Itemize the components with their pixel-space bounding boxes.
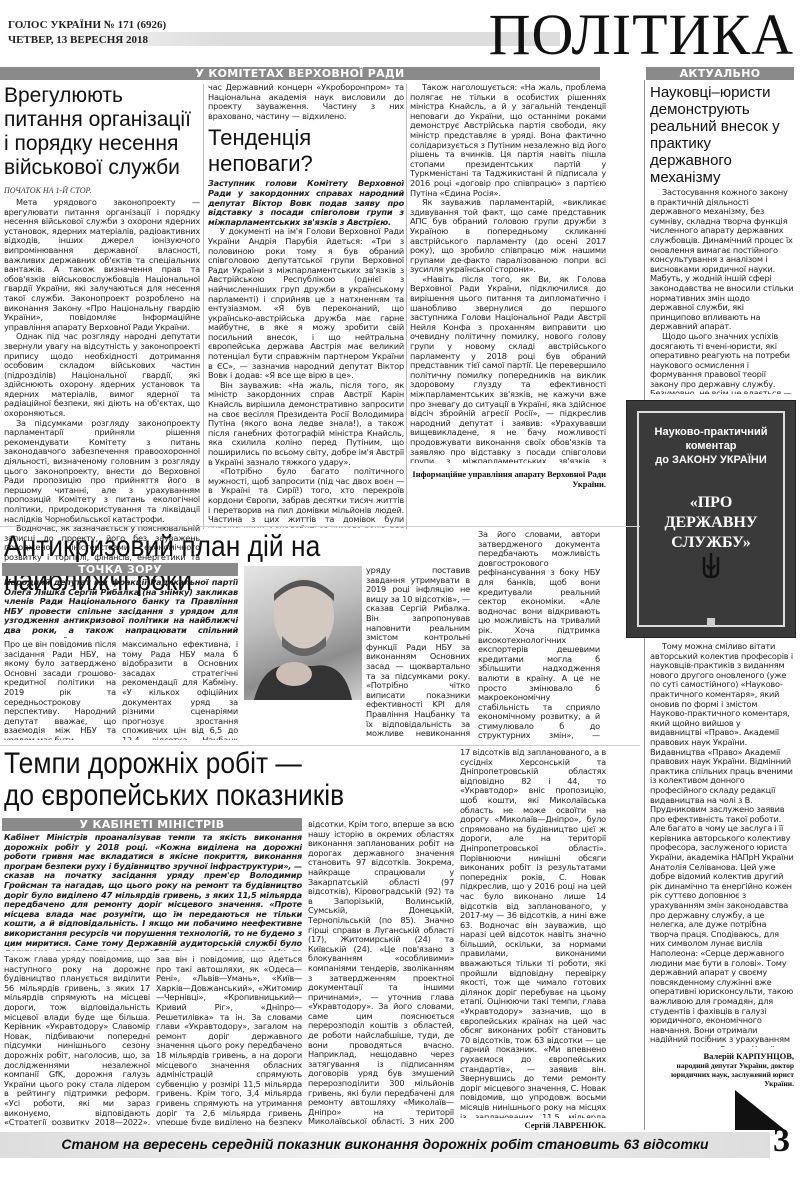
- article-body-col2: максимально ефективна, і тому Рада НБУ м…: [122, 640, 238, 740]
- column-divider: [203, 84, 204, 529]
- article-body: У документі на ім'я Голови Верховної Рад…: [208, 227, 404, 528]
- article-body-col1: Також глава уряду повідомив, що наступно…: [4, 955, 150, 1125]
- publisher-logo-icon: [627, 613, 795, 631]
- article-signature: Інформаційне управління апарату Верховно…: [410, 469, 606, 489]
- article1-continuation: час Державний концерн «Укроборонпром» та…: [208, 83, 404, 121]
- article-body: Мета урядового законопроекту — врегулюва…: [4, 198, 200, 563]
- article-body-col4: 17 відсотків від запланованого, а в сусі…: [460, 748, 606, 1118]
- article-headline: Тенденція неповаги?: [208, 125, 404, 177]
- issue-number: ГОЛОС УКРАЇНИ № 171 (6926): [8, 18, 166, 33]
- section-bar-cabinet: У КАБІНЕТІ МІНІСТРІВ: [2, 818, 302, 831]
- article-lead: Народний депутат від фракції Радикальної…: [4, 578, 238, 638]
- section-bar-actual: АКТУАЛЬНО: [646, 67, 794, 80]
- article-body-col3: уряду поставив завдання утримувати в 201…: [366, 566, 470, 741]
- sidebar-article-continued: Тому можна сміливо вітати авторський кол…: [650, 642, 794, 1088]
- continued-from-label: ПОЧАТОК НА 1-Й СТОР.: [4, 186, 200, 195]
- article-body-col4: За його словами, автори затвердженого до…: [478, 530, 600, 740]
- book-title: «ПРО ДЕРЖАВНУ СЛУЖБУ»: [627, 493, 795, 553]
- issue-date: ЧЕТВЕР, 13 ВЕРЕСНЯ 2018: [8, 33, 166, 48]
- article-disrespect-col2: час Державний концерн «Укроборонпром» та…: [208, 83, 404, 528]
- article-headline: Темпи дорожніх робіт — до європейських п…: [4, 748, 356, 812]
- portrait-silhouette-icon: [244, 566, 362, 700]
- footer-tagline: Станом на вересень середній показник вик…: [0, 1136, 770, 1152]
- article-body-col2: зав він і повідомив, що йдеться про такі…: [156, 955, 302, 1125]
- article-military-service: Врегулюють питання організації і порядку…: [4, 84, 200, 563]
- book-cover-image: Науково-практичний коментар до ЗАКОНУ УК…: [626, 400, 796, 638]
- article-body: Також наголошується: «На жаль, проблема …: [410, 83, 606, 463]
- article-lead: Заступник голови Комітету Верховної Ради…: [208, 179, 404, 227]
- book-subtitle: Науково-практичний коментар до ЗАКОНУ УК…: [627, 425, 795, 467]
- section-divider: [0, 526, 640, 527]
- column-divider: [406, 84, 407, 529]
- section-title: ПОЛІТИКА: [489, 6, 794, 64]
- article-lead: Кабінет Міністрів проаналізував темпи та…: [4, 833, 302, 951]
- article-disrespect-col3: Також наголошується: «На жаль, проблема …: [410, 83, 606, 489]
- page-number: 3: [773, 1122, 790, 1160]
- sidebar-body: Тому можна сміливо вітати авторський кол…: [650, 642, 794, 1047]
- portrait-photo: [244, 566, 362, 700]
- sidebar-signature-name: Валерій КАРПУНЦОВ,: [650, 1051, 794, 1061]
- sidebar-headline: Науковці–юристи демонструють реальний вн…: [650, 84, 794, 186]
- section-bar-viewpoint: ТОЧКА ЗОРУ: [2, 563, 238, 576]
- article-body-col3: відсотки. Крім того, вперше за всю нашу …: [308, 820, 454, 1125]
- sidebar-signature-title: народний депутат України, доктор юридичн…: [650, 1061, 794, 1088]
- trident-emblem-icon: [627, 551, 795, 588]
- article-headline: Врегулюють питання організації і порядку…: [4, 84, 200, 180]
- sidebar-body: Застосування кожного закону в практичній…: [650, 188, 794, 394]
- article-signature: Сергій ЛАВРЕНЮК.: [460, 1120, 606, 1130]
- section-divider: [0, 745, 640, 746]
- article-body-col1: Про це він повідомив після засідання Рад…: [4, 640, 116, 740]
- section-bar-committees: У КОМІТЕТАХ ВЕРХОВНОЇ РАДИ: [0, 67, 600, 80]
- sidebar-article: Науковці–юристи демонструють реальний вн…: [650, 84, 794, 394]
- masthead-info: ГОЛОС УКРАЇНИ № 171 (6926) ЧЕТВЕР, 13 ВЕ…: [8, 18, 166, 48]
